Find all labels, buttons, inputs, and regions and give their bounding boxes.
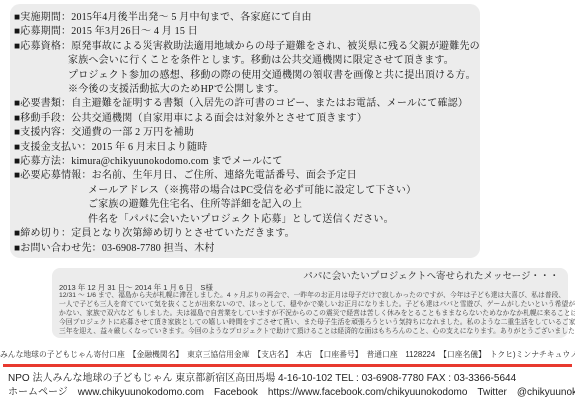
text-line: かない、家族で双六など もしました。夫は福島で自営業をしていますが不況からのこの…	[59, 310, 559, 319]
text-line: ■応募資格：原発事故による災害救助法適用地域からの母子避難をされ、被災県に残る父…	[14, 40, 478, 54]
text-line: 三年を迎え、益々厳しくなっていきます。今回のようなプロジェクトで助けて頂けること…	[59, 328, 559, 337]
text-line: 12/31 ～ 1/6 まで、福島から夫が札幌に滞在しました。4 ヶ月ぶりの再会…	[59, 292, 559, 301]
text-line: ■必要応募情報：お名前、生年月日、ご住所、連絡先電話番号、面会予定日	[14, 169, 478, 183]
text-line: メールアドレス（※携帯の場合はPC受信を必ず可能に設定して下さい）	[14, 184, 478, 198]
text-line: 家族へ会いに行くことを条件とします。移動は公共交通機関に限定させて頂きます。	[14, 54, 478, 68]
testimonial-text: 12/31 ～ 1/6 まで、福島から夫が札幌に滞在しました。4 ヶ月ぶりの再会…	[59, 292, 559, 337]
text-line: ■支援金支払い：2015 年 6 月末日より随時	[14, 141, 478, 155]
testimonial-title: パパに会いたいプロジェクトへ寄せられたメッセージ・・・	[59, 271, 559, 282]
text-line: 今回プロジェクトに応募させて頂き家族としての嬉しい時間をすごさせて貰い、また母子…	[59, 319, 559, 328]
text-line: ■必要書類：自主避難を証明する書類（入居先の許可書のコピー、またはお電話、メール…	[14, 97, 478, 111]
text-line: プロジェクト参加の感想、移動の際の使用交通機関の領収書を画像と共に提出頂ける方。	[14, 69, 478, 83]
npo-contact-info: NPO 法人みんな地球の子どもじゃん 東京都新宿区高田馬場 4-16-10-10…	[8, 372, 575, 385]
project-details-box: ■実施期間：2015年4月後半出発～ 5 月中旬まで、各家庭にて自由■応募期間：…	[10, 4, 480, 258]
text-line: ■応募期間：2015 年3月26日～ 4 月 15 日	[14, 25, 478, 39]
web-links-line: ホームページ www.chikyuunokodomo.com Facebook …	[8, 387, 575, 399]
text-line: ■実施期間：2015年4月後半出発～ 5 月中旬まで、各家庭にて自由	[14, 11, 478, 25]
text-line: ■移動手段：公共交通機関（自家用車による面会は対象外とさせて頂きます）	[14, 112, 478, 126]
text-line: 件名を「パパに会いたいプロジェクト応募」として送信ください。	[14, 213, 478, 227]
testimonial-box: パパに会いたいプロジェクトへ寄せられたメッセージ・・・ 2013 年 12 月 …	[52, 268, 568, 338]
text-line: ■締め切り：定員となり次第締め切りとさせていただきます。	[14, 227, 478, 241]
text-line: ■お問い合わせ先：03-6908-7780 担当、木村	[14, 242, 478, 256]
donation-account-info: みんな地球の子どもじゃん寄付口座 【金融機関名】 東京三協信用金庫 【支店名】 …	[0, 349, 575, 360]
text-line: 一人で子ども三人を育てていて気を抜くことが出来ないので、ほっとして、穏やかで楽し…	[59, 301, 559, 310]
flyer-page: ■実施期間：2015年4月後半出発～ 5 月中旬まで、各家庭にて自由■応募期間：…	[0, 0, 575, 399]
text-line: ■応募方法：kimura@chikyuunokodomo.com までメールにて	[14, 155, 478, 169]
text-line: ■支援内容：交通費の一部 2 万円を補助	[14, 126, 478, 140]
text-line: ご家族の避難先住宅名、住所等詳細を記入の上	[14, 198, 478, 212]
text-line: ※今後の支援活動拡大のためHPで公開します。	[14, 83, 478, 97]
testimonial-date-sender: 2013 年 12 月 31 日～ 2014 年 1 月 6 日 S様	[59, 283, 559, 292]
red-divider-rule	[3, 364, 572, 367]
